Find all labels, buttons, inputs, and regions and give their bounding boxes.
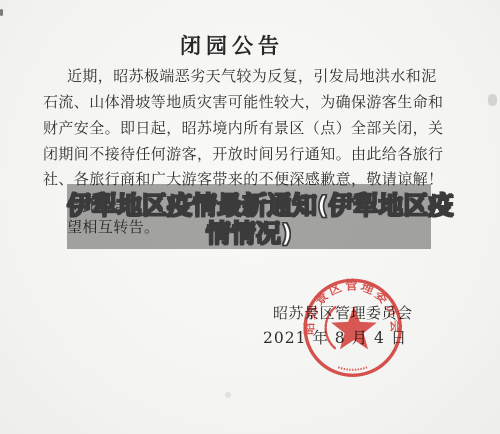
edge-smudge <box>488 94 497 106</box>
notice-body-line-2: 石流、山体滑坡等地质灾害可能性较大，为确保游客生命和 <box>43 91 443 111</box>
notice-body-line-3: 财产安全。即日起，昭苏境内所有景区（点）全部关闭，关 <box>43 117 443 137</box>
paper-speck <box>225 392 231 398</box>
notice-body-line-4: 闭期间不接待任何游客，开放时间另行通知。由此给各旅行 <box>43 143 443 163</box>
caption-text-line-2: 情情况) <box>67 214 431 250</box>
official-seal: 昭苏景区管理委员会 <box>300 276 406 382</box>
seal-star-icon <box>331 306 377 349</box>
notice-body-line-1: 近期，昭苏极端恶劣天气较为反复，引发局地洪水和泥 <box>67 65 437 85</box>
photo-of-notice: 闭园公告 近期，昭苏极端恶劣天气较为反复，引发局地洪水和泥 石流、山体滑坡等地质… <box>0 0 500 434</box>
seal-code-arc <box>338 367 367 370</box>
seal-script-arc <box>326 307 336 348</box>
notice-title: 闭园公告 <box>0 30 464 60</box>
caption-overlay: 伊犁地区疫情最新通知(伊犁地区疫 情情况) <box>67 184 431 249</box>
edge-smudge <box>0 9 3 16</box>
